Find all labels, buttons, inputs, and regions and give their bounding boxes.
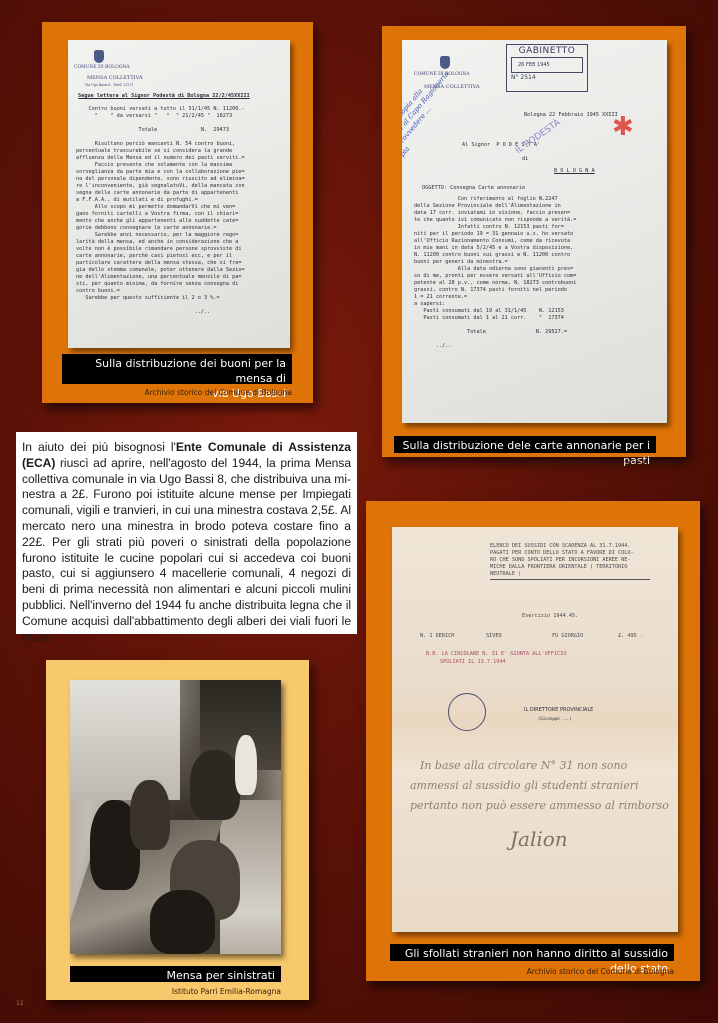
letterhead-line-3: Via Ugo Bassi 8 - Telef. 21271 <box>85 83 133 87</box>
canteen-photo <box>70 680 281 954</box>
photo-figure <box>150 890 215 954</box>
red-asterisk-mark: ✱ <box>612 112 634 142</box>
note-line-1: N.B. LA CIRCOLARE N. 31 E' GIUNTA ALL'UF… <box>426 651 567 658</box>
subject-line: OGGETTO: Consegna Carte annonarie <box>422 185 525 192</box>
photo-figure <box>235 735 257 795</box>
note-line-2: SPOLIATI IL 13.7.1944 <box>440 659 506 666</box>
credit-panel-2-visible: Archivio storico del Comune di Bologna <box>394 459 674 468</box>
document-body: Con riferimento al foglio N.2247 della S… <box>414 196 576 350</box>
document-heading: Segue lettera al Signor Podestà di Bolog… <box>78 93 250 100</box>
credit: Archivio storico del Comune di Bologna <box>62 388 292 397</box>
row-father: FU GIORGIO <box>552 633 583 640</box>
document-1-image: COMUNE DI BOLOGNA MENSA COLLETTIVA Via U… <box>68 40 290 348</box>
photo-figure <box>130 780 170 850</box>
photo-wall <box>70 680 180 800</box>
signature: Jalion <box>510 827 568 851</box>
panel-document-2: GABINETTO 26 FEB 1945 N° 2514 COMUNE DI … <box>382 26 686 457</box>
document-2-image: GABINETTO 26 FEB 1945 N° 2514 COMUNE DI … <box>402 40 667 423</box>
caption-line-1: Sulla distribuzione dei buoni per la men… <box>68 356 286 386</box>
caption: Sulla distribuzione dele carte annonarie… <box>394 436 656 453</box>
article-prefix: In aiuto dei più bisognosi l' <box>22 440 176 454</box>
handwritten-notes: Restituire copia alla presente al Capo R… <box>402 64 465 165</box>
caption: Gli sfollati stranieri non hanno diritto… <box>390 944 674 961</box>
caption: Sulla distribuzione dei buoni per la men… <box>62 354 292 384</box>
stamp-date: 26 FEB 1945 <box>518 62 550 68</box>
gabinetto-stamp: GABINETTO 26 FEB 1945 N° 2514 <box>506 44 588 92</box>
row-name: SIVEO <box>486 633 502 640</box>
assistenza-seal <box>448 693 486 731</box>
stamp-date-box: 26 FEB 1945 <box>511 57 583 73</box>
handwritten-line-2: ammessi al sussidio gli studenti stranie… <box>410 779 639 792</box>
panel-document-3: ELENCO DEI SUSSIDI CON SCADENZA AL 31.7.… <box>366 501 700 981</box>
addressee-3: B O L O G N A <box>554 168 595 175</box>
signatory-name: (Giuseppe ...) <box>538 715 572 722</box>
caption-photo: Mensa per sinistrati <box>70 966 281 982</box>
date-line: Bologna 22 Febbraio 1945 XXIII <box>524 112 618 119</box>
letterhead-line-2: MENSA COLLETTIVA <box>87 75 143 81</box>
letterhead-line-1: COMUNE DI BOLOGNA <box>74 65 130 70</box>
document-heading: ELENCO DEI SUSSIDI CON SCADENZA AL 31.7.… <box>490 543 634 578</box>
signatory: IL DIRETTORE PROVINCIALE <box>524 707 593 714</box>
crest-icon <box>94 50 104 63</box>
heading-underline <box>490 579 650 580</box>
credit: Archivio storico del Comune di Bologna <box>390 967 674 976</box>
credit-photo: Istituto Parri Emilia-Romagna <box>70 987 281 996</box>
exercise-line: Esercizio 1944.45. <box>522 613 578 620</box>
stamp-title: GABINETTO <box>507 46 587 56</box>
page-number: 12 <box>16 1000 24 1007</box>
panel-document-1: COMUNE DI BOLOGNA MENSA COLLETTIVA Via U… <box>42 22 313 403</box>
handwritten-line-3: pertanto non può essere ammesso al rimbo… <box>410 799 669 812</box>
handwritten-line-1: In base alla circolare N° 31 non sono <box>420 759 627 772</box>
row-amount: £. 495 . <box>618 633 643 640</box>
article-body: riuscì ad aprire, nell'agosto del 1944, … <box>22 456 351 644</box>
article-text: In aiuto dei più bisognosi l'Ente Comuna… <box>16 432 357 634</box>
addressee-2: di <box>522 156 528 163</box>
document-body: Contro buoni versati a tutto il 31/1/45 … <box>76 106 245 316</box>
document-3-image: ELENCO DEI SUSSIDI CON SCADENZA AL 31.7.… <box>392 527 678 932</box>
stamp-number: N° 2514 <box>507 74 587 81</box>
row-n: N. 1 DERICH <box>420 633 454 640</box>
photo-figure <box>190 750 240 820</box>
podesta-stamp: IL PODESTÀ <box>514 118 563 156</box>
